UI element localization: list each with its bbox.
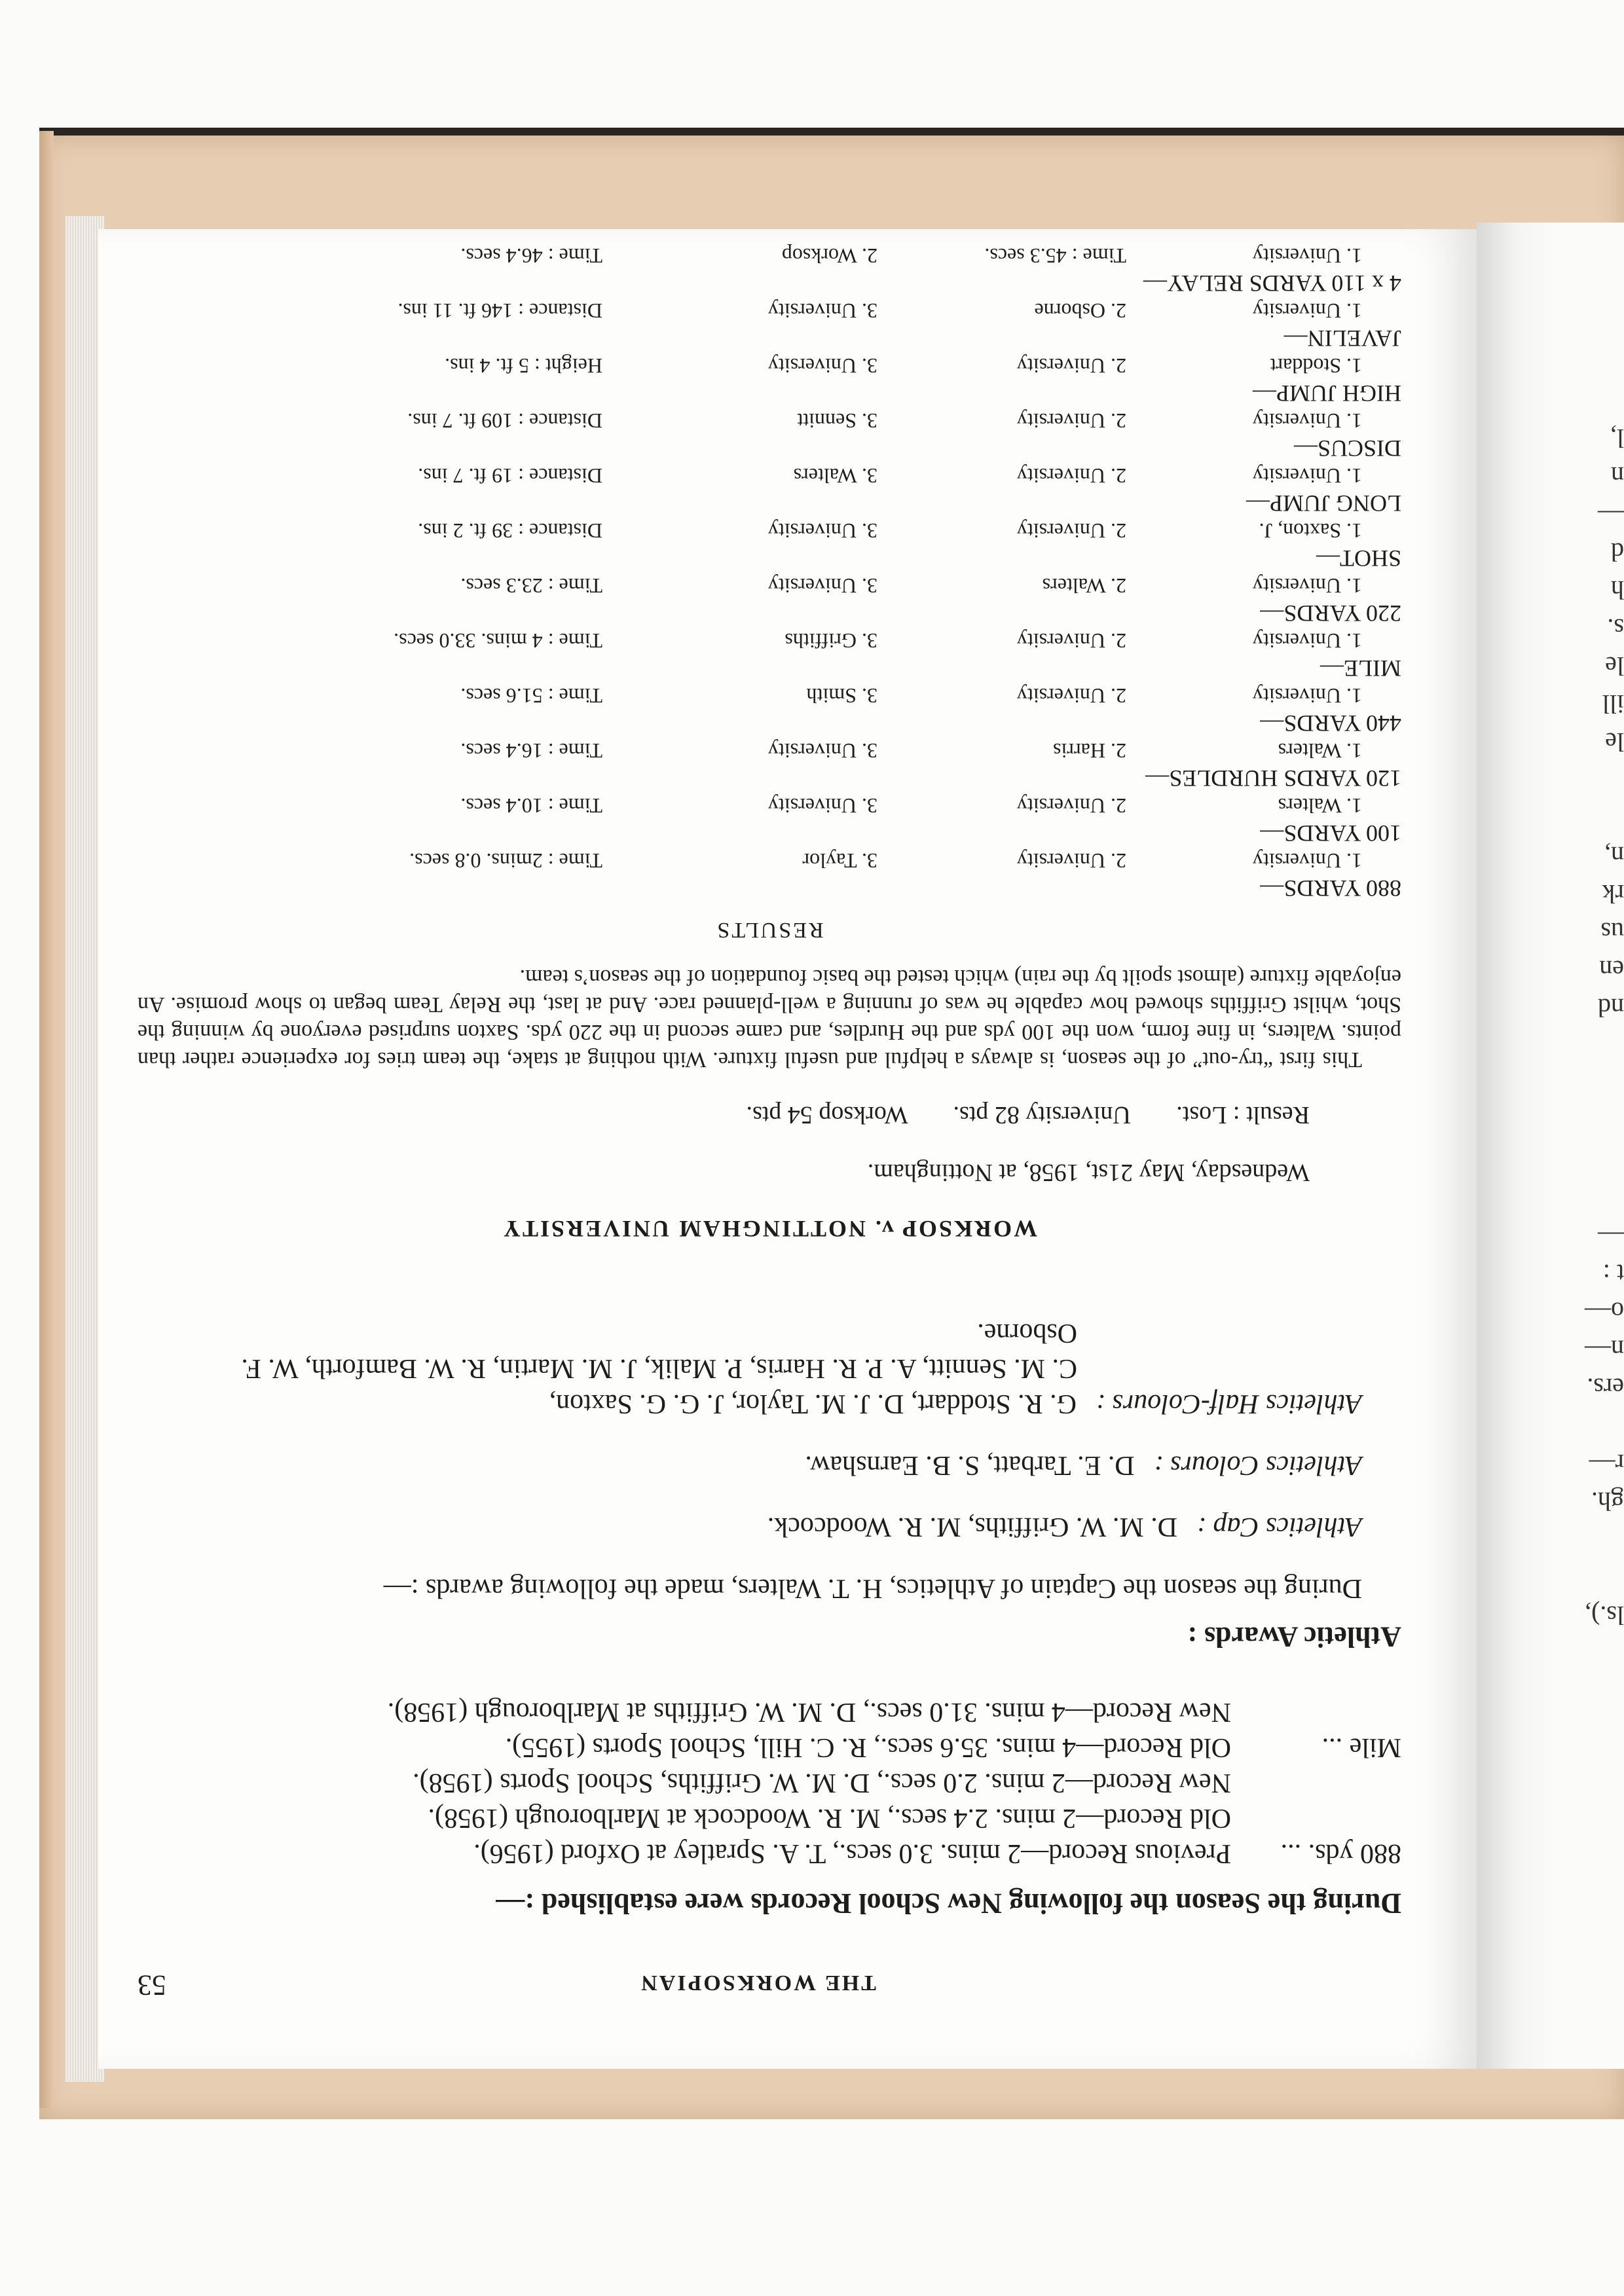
- spacer: [1362, 683, 1388, 710]
- event-result-row: 1. Saxton, J.2. University3. UniversityD…: [138, 518, 1401, 545]
- first-place: 1. Walters: [1126, 793, 1362, 820]
- facing-fragment: —: [1486, 495, 1624, 533]
- event-name: SHOT—: [138, 545, 1401, 573]
- record-line: Old Record—4 mins. 35.6 secs., R. C. Hil…: [388, 1730, 1231, 1765]
- award-entry: Athletics Half-Colours :G. R. Stoddart, …: [138, 1315, 1362, 1421]
- facing-fragment: gh.: [1486, 1482, 1624, 1520]
- award-entry: Athletics Colours :D. E. Tarbatt, S. B. …: [138, 1448, 1362, 1483]
- event-mark: Time : 4 mins. 33.0 secs.: [138, 628, 602, 655]
- spacer: [1362, 353, 1388, 380]
- facing-fragment: us: [1486, 913, 1624, 951]
- facing-fragment: [1486, 1102, 1624, 1140]
- match-date: Wednesday, May 21st, 1958, at Nottingham…: [138, 1157, 1310, 1188]
- spacer: [1362, 573, 1388, 600]
- facing-fragment: ers.: [1486, 1368, 1624, 1406]
- score-university: University 82 pts.: [953, 1102, 1130, 1129]
- results-heading: RESULTS: [138, 916, 1401, 944]
- third-place: 3. University: [602, 518, 877, 545]
- spacer: [1362, 408, 1388, 435]
- award-label: Athletics Half-Colours :: [1096, 1389, 1362, 1419]
- facing-fragment: n,: [1486, 837, 1624, 875]
- first-place: 1. University: [1126, 243, 1362, 270]
- facing-fragment: [1486, 799, 1624, 837]
- facing-fragment: [1486, 1406, 1624, 1444]
- third-place: 3. Sennitt: [602, 408, 877, 435]
- event-name: 220 YARDS—: [138, 600, 1401, 628]
- facing-fragment: le: [1486, 647, 1624, 685]
- facing-fragment: [1486, 761, 1624, 799]
- spacer: [1362, 793, 1388, 820]
- event-name: 100 YARDS—: [138, 820, 1401, 848]
- facing-fragment: [1486, 1520, 1624, 1558]
- record-lines: Old Record—4 mins. 35.6 secs., R. C. Hil…: [388, 1694, 1231, 1765]
- event-mark: Time : 16.4 secs.: [138, 738, 602, 765]
- facing-fragment: o—: [1486, 1292, 1624, 1330]
- third-place: 2. Worksop: [602, 243, 877, 270]
- award-label: Athletics Cap :: [1197, 1512, 1362, 1542]
- records-heading: During the Season the following New Scho…: [138, 1886, 1401, 1922]
- third-place: 3. University: [602, 573, 877, 600]
- event-name: HIGH JUMP—: [138, 380, 1401, 408]
- event-mark: Time : 23.3 secs.: [138, 573, 602, 600]
- event-name: 440 YARDS—: [138, 710, 1401, 738]
- event-result-row: 1. Walters2. University3. UniversityTime…: [138, 793, 1401, 820]
- record-line: New Record—2 mins. 2.0 secs., D. M. W. G…: [413, 1765, 1231, 1800]
- second-place: 2. Osborne: [877, 298, 1126, 325]
- second-place: 2. University: [877, 848, 1126, 875]
- spacer: [1362, 628, 1388, 655]
- second-place: 2. University: [877, 683, 1126, 710]
- facing-fragment: rk: [1486, 875, 1624, 913]
- spacer: [1362, 738, 1388, 765]
- facing-fragment: en: [1486, 951, 1624, 989]
- facing-fragment: ls.),: [1486, 1596, 1624, 1634]
- event-mark: Time : 46.4 secs.: [138, 243, 602, 270]
- facing-page-text: ls.),gh.r—ers.n—o—t :—ndenusrkn,leillles…: [1486, 419, 1624, 1634]
- event-result-row: 1. University2. University3. GriffithsTi…: [138, 628, 1401, 655]
- record-entry: 880 yds. ...Previous Record—2 mins. 3.0 …: [138, 1765, 1401, 1871]
- page-number: 53: [138, 1967, 166, 2003]
- page-content: THE WORKSOPIAN 53 During the Season the …: [138, 406, 1401, 2003]
- event-result-row: 1. University2. Osborne3. UniversityDist…: [138, 298, 1401, 325]
- event-mark: Time : 10.4 secs.: [138, 793, 602, 820]
- event-mark: Time : 51.6 secs.: [138, 683, 602, 710]
- results-table: 880 YARDS—1. University2. University3. T…: [138, 243, 1401, 903]
- event-name: 120 YARDS HURDLES—: [138, 765, 1401, 793]
- spacer: [1362, 298, 1388, 325]
- second-place: 2. Walters: [877, 573, 1126, 600]
- facing-fragment: t :: [1486, 1254, 1624, 1292]
- award-names: D. M. W. Griffiths, M. R. Woodcock.: [767, 1512, 1177, 1542]
- record-event: 880 yds. ...: [1231, 1765, 1401, 1871]
- third-place: 3. Taylor: [602, 848, 877, 875]
- first-place: 1. University: [1126, 848, 1362, 875]
- third-place: 3. University: [602, 738, 877, 765]
- first-place: 1. University: [1126, 463, 1362, 490]
- match-result: Result : Lost. University 82 pts. Workso…: [138, 1099, 1310, 1131]
- second-place: 2. University: [877, 628, 1126, 655]
- third-place: 3. Smith: [602, 683, 877, 710]
- award-names: G. R. Stoddart, D. J. M. Taylor, J. G. G…: [549, 1389, 1077, 1419]
- event-name: DISCUS—: [138, 435, 1401, 463]
- spacer: [1362, 243, 1388, 270]
- record-line: Previous Record—2 mins. 3.0 secs., T. A.…: [413, 1836, 1231, 1871]
- facing-fragment: le: [1486, 723, 1624, 761]
- event-mark: Time : 2mins. 0.8 secs.: [138, 848, 602, 875]
- second-place: Time : 45.3 secs.: [877, 243, 1126, 270]
- event-mark: Distance : 39 ft. 2 ins.: [138, 518, 602, 545]
- score-worksop: Worksop 54 pts.: [747, 1102, 908, 1129]
- third-place: 3. Walters: [602, 463, 877, 490]
- event-name: MILE—: [138, 655, 1401, 683]
- spacer: [1362, 463, 1388, 490]
- facing-fragment: [1486, 1065, 1624, 1102]
- award-names: D. E. Tarbatt, S. B. Earnshaw.: [805, 1450, 1134, 1480]
- facing-fragment: —: [1486, 1216, 1624, 1254]
- first-place: 1. University: [1126, 298, 1362, 325]
- spacer: [1362, 518, 1388, 545]
- event-result-row: 1. University2. University3. SennittDist…: [138, 408, 1401, 435]
- facing-fragment: [1486, 1178, 1624, 1216]
- facing-fragment: nd: [1486, 989, 1624, 1027]
- award-label: Athletics Colours :: [1154, 1450, 1362, 1480]
- first-place: 1. Saxton, J.: [1126, 518, 1362, 545]
- first-place: 1. University: [1126, 573, 1362, 600]
- award-entry: Athletics Cap :D. M. W. Griffiths, M. R.…: [138, 1509, 1362, 1544]
- first-place: 1. Stoddart: [1126, 353, 1362, 380]
- match-narrative: This first “try-out” of the season, is a…: [138, 963, 1401, 1073]
- event-result-row: 1. University2. University3. WaltersDist…: [138, 463, 1401, 490]
- facing-fragment: ill: [1486, 685, 1624, 723]
- awards-heading: Athletic Awards :: [138, 1619, 1401, 1655]
- event-result-row: 1. University2. Walters3. UniversityTime…: [138, 573, 1401, 600]
- facing-fragment: r—: [1486, 1444, 1624, 1482]
- facing-fragment: n: [1486, 457, 1624, 495]
- event-name: JAVELIN—: [138, 325, 1401, 353]
- event-result-row: 1. University2. University3. SmithTime :…: [138, 683, 1401, 710]
- event-result-row: 1. Stoddart2. University3. UniversityHei…: [138, 353, 1401, 380]
- event-mark: Height : 5 ft. 4 ins.: [138, 353, 602, 380]
- record-line: New Record—4 mins. 31.0 secs., D. M. W. …: [388, 1694, 1231, 1730]
- facing-fragment: h: [1486, 571, 1624, 609]
- award-names-cont: C. M. Sennitt, A. P. R. Harris, P. Malik…: [138, 1315, 1362, 1386]
- event-name: LONG JUMP—: [138, 490, 1401, 518]
- record-event: Mile ...: [1231, 1694, 1401, 1765]
- first-place: 1. Walters: [1126, 738, 1362, 765]
- facing-fragment: d: [1486, 533, 1624, 571]
- event-result-row: 1. Walters2. Harris3. UniversityTime : 1…: [138, 738, 1401, 765]
- result-label: Result : Lost.: [1176, 1102, 1310, 1129]
- book-cover-edge: [39, 131, 54, 2108]
- running-head: THE WORKSOPIAN 53: [138, 1967, 1401, 2003]
- first-place: 1. University: [1126, 628, 1362, 655]
- event-result-row: 1. University2. University3. TaylorTime …: [138, 848, 1401, 875]
- second-place: 2. University: [877, 408, 1126, 435]
- running-head-title: THE WORKSOPIAN: [166, 1969, 1349, 1997]
- facing-fragment: [1486, 1140, 1624, 1178]
- facing-fragment: l,: [1486, 419, 1624, 457]
- event-name: 880 YARDS—: [138, 875, 1401, 903]
- record-lines: Previous Record—2 mins. 3.0 secs., T. A.…: [413, 1765, 1231, 1871]
- event-mark: Distance : 146 ft. 11 ins.: [138, 298, 602, 325]
- facing-fragment: n—: [1486, 1330, 1624, 1368]
- third-place: 3. Griffiths: [602, 628, 877, 655]
- second-place: 2. Harris: [877, 738, 1126, 765]
- spacer: [1362, 848, 1388, 875]
- third-place: 3. University: [602, 793, 877, 820]
- third-place: 3. University: [602, 353, 877, 380]
- second-place: 2. University: [877, 353, 1126, 380]
- first-place: 1. University: [1126, 408, 1362, 435]
- second-place: 2. University: [877, 463, 1126, 490]
- match-title: WORKSOP v. NOTTINGHAM UNIVERSITY: [138, 1214, 1401, 1243]
- facing-fragment: [1486, 1027, 1624, 1065]
- second-place: 2. University: [877, 793, 1126, 820]
- record-line: Old Record—2 mins. 2.4 secs., M. R. Wood…: [413, 1800, 1231, 1836]
- awards-list: Athletics Cap :D. M. W. Griffiths, M. R.…: [138, 1315, 1401, 1544]
- record-entry: Mile ...Old Record—4 mins. 35.6 secs., R…: [138, 1694, 1401, 1765]
- event-mark: Distance : 19 ft. 7 ins.: [138, 463, 602, 490]
- first-place: 1. University: [1126, 683, 1362, 710]
- facing-fragment: [1486, 1558, 1624, 1596]
- second-place: 2. University: [877, 518, 1126, 545]
- event-name: 4 x 110 YARDS RELAY—: [138, 270, 1401, 298]
- records-list: 880 yds. ...Previous Record—2 mins. 3.0 …: [138, 1694, 1401, 1871]
- event-mark: Distance : 109 ft. 7 ins.: [138, 408, 602, 435]
- event-result-row: 1. UniversityTime : 45.3 secs.2. Worksop…: [138, 243, 1401, 270]
- third-place: 3. University: [602, 298, 877, 325]
- awards-intro: During the season the Captain of Athleti…: [138, 1571, 1401, 1606]
- facing-fragment: s.: [1486, 609, 1624, 647]
